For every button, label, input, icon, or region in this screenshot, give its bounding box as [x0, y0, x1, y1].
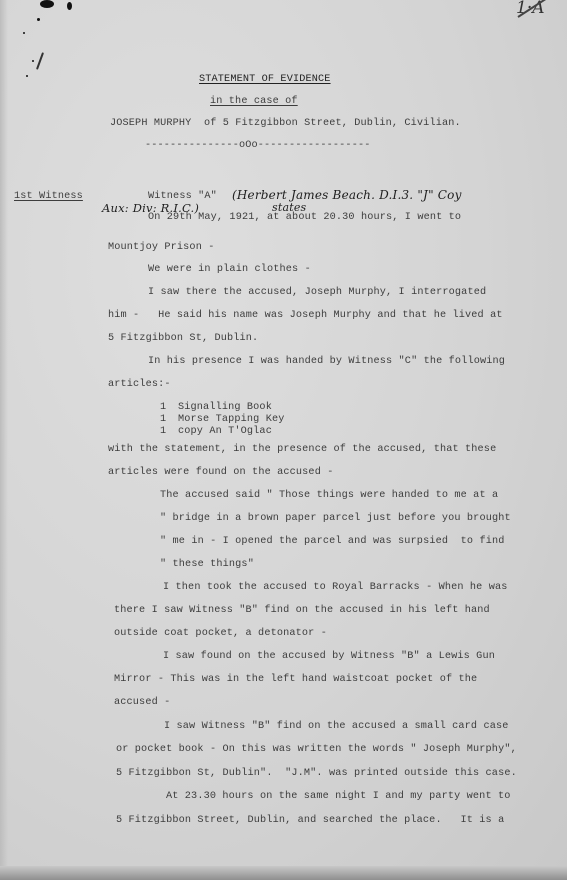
statement-line: I saw Witness "B" find on the accused a … [164, 721, 509, 732]
ink-blot-mark [40, 0, 54, 8]
separator-line: ---------------oOo------------------ [145, 140, 371, 151]
statement-line: In his presence I was handed by Witness … [148, 356, 505, 367]
article-item: copy An T'Oglac [178, 426, 272, 437]
article-qty: 1 [160, 414, 166, 425]
statement-line: On 29th May, 1921, at about 20.30 hours,… [148, 212, 461, 223]
statement-line: " me in - I opened the parcel and was su… [160, 536, 505, 547]
statement-line: accused - [114, 697, 170, 708]
ink-blot-mark [67, 2, 72, 10]
case-line: JOSEPH MURPHY of 5 Fitzgibbon Street, Du… [110, 118, 461, 129]
statement-line: him - He said his name was Joseph Murphy… [108, 310, 503, 321]
statement-line: there I saw Witness "B" find on the accu… [114, 605, 490, 616]
statement-line: or pocket book - On this was written the… [116, 744, 517, 755]
document-page: 1·A STATEMENT OF EVIDENCE in the case of… [0, 0, 567, 880]
statement-line: articles:- [108, 379, 171, 390]
statement-line: At 23.30 hours on the same night I and m… [166, 791, 511, 802]
statement-line: The accused said " Those things were han… [160, 490, 498, 501]
statement-line: outside coat pocket, a detonator - [114, 628, 327, 639]
ink-stroke [36, 52, 44, 70]
statement-line: Mountjoy Prison - [108, 242, 214, 253]
statement-line: I saw there the accused, Joseph Murphy, … [148, 287, 486, 298]
statement-line: I saw found on the accused by Witness "B… [163, 651, 495, 662]
statement-line: Mirror - This was in the left hand waist… [114, 674, 477, 685]
statement-line: 5 Fitzgibbon Street, Dublin, and searche… [116, 815, 504, 826]
statement-line: I then took the accused to Royal Barrack… [163, 582, 508, 593]
ink-speck [37, 18, 40, 21]
statement-line: articles were found on the accused - [108, 467, 334, 478]
statement-line: " bridge in a brown paper parcel just be… [160, 513, 511, 524]
statement-line: " these things" [160, 559, 254, 570]
handwritten-witness-name: (Herbert James Beach. D.I.3. "J" Coy [232, 188, 462, 202]
article-item: Signalling Book [178, 402, 272, 413]
statement-line: with the statement, in the presence of t… [108, 444, 496, 455]
article-qty: 1 [160, 402, 166, 413]
ink-speck [32, 60, 34, 62]
document-title: STATEMENT OF EVIDENCE [199, 74, 331, 85]
ink-speck [23, 32, 25, 34]
statement-line: 5 Fitzgibbon St, Dublin. [108, 333, 258, 344]
statement-line: 5 Fitzgibbon St, Dublin". "J.M". was pri… [116, 768, 517, 779]
ink-speck [26, 75, 28, 77]
page-bottom-shadow [0, 866, 567, 880]
article-item: Morse Tapping Key [178, 414, 284, 425]
witness-label: 1st Witness [14, 191, 83, 202]
article-qty: 1 [160, 426, 166, 437]
statement-line: We were in plain clothes - [148, 264, 311, 275]
page-edge-shadow [0, 0, 8, 880]
document-subtitle: in the case of [210, 96, 298, 107]
